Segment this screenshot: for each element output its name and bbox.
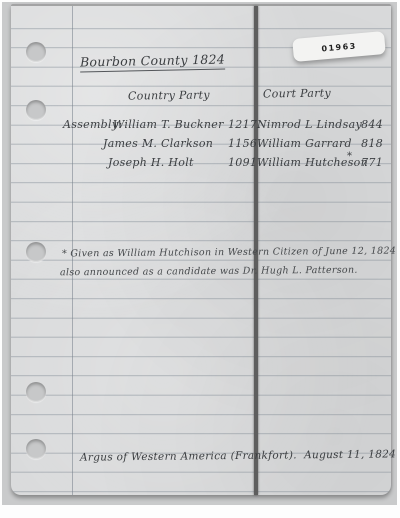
archive-number: 01963 [321, 41, 357, 53]
footnote-line-2: also announced as a candidate was Dr. Hu… [60, 265, 358, 279]
candidate-name: James M. Clarkson [103, 137, 213, 150]
column-header-country-party: Country Party [128, 88, 210, 102]
footnote-asterisk-mark: * [347, 151, 352, 162]
vote-count: 844 [355, 118, 383, 131]
notebook-page: 01963 Bourbon County 1824 Country Party … [11, 4, 391, 495]
vote-count: 771 [355, 156, 383, 169]
column-header-court-party: Court Party [263, 87, 331, 101]
page-title: Bourbon County 1824 [80, 51, 225, 72]
binder-hole [26, 242, 46, 262]
binder-hole [26, 100, 46, 120]
binder-hole [26, 439, 46, 459]
archive-number-sticker: 01963 [292, 31, 386, 62]
vote-count: 1091 [228, 156, 257, 169]
source-citation: Argus of Western America (Frankfort). Au… [80, 448, 396, 463]
candidate-name: Joseph H. Holt [108, 156, 194, 169]
binder-hole [26, 42, 46, 62]
vote-count: 1156 [228, 137, 257, 150]
binder-hole [26, 382, 46, 402]
vote-count: 818 [355, 137, 383, 150]
footnote-line-1: * Given as William Hutchison in Western … [62, 246, 396, 260]
scanned-document: 01963 Bourbon County 1824 Country Party … [0, 0, 400, 518]
candidate-name: William Garrard [257, 137, 352, 150]
candidate-name: Nimrod L Lindsay [257, 118, 362, 131]
candidate-name: William T. Buckner [113, 118, 224, 131]
